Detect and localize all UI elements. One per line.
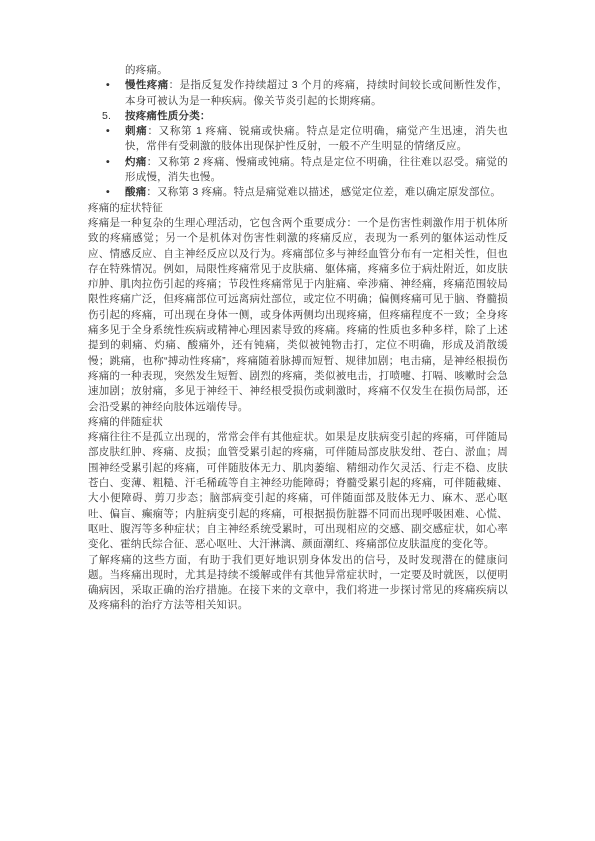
list-item-stabbing-pain: •刺痛：又称第 1 疼痛、锐痛或快痛。特点是定位明确，痛觉产生迅速，消失也快，常… [88, 124, 508, 155]
bullet-icon: • [106, 124, 110, 139]
list-item-term: 按疼痛性质分类： [125, 110, 211, 122]
list-number: 5. [102, 109, 111, 124]
list-item-classification-by-nature: 5.按疼痛性质分类： [88, 109, 508, 124]
list-item-term: 酸痛 [125, 186, 146, 198]
bullet-icon: • [106, 155, 110, 170]
document-page: 的疼痛。 •慢性疼痛：是指反复发作持续超过 3 个月的疼痛，持续时间较长或间断性… [0, 0, 595, 841]
section-heading-symptom-features: 疼痛的症状特征 [88, 201, 508, 216]
bullet-icon: • [106, 185, 110, 200]
list-item-text: ：又称第 3 疼痛。特点是痛觉难以描述，感觉定位差，难以确定原发部位。 [146, 186, 501, 198]
continuation-line: 的疼痛。 [88, 63, 508, 78]
paragraph-closing: 了解疼痛的这些方面，有助于我们更好地识别身体发出的信号，及时发现潜在的健康问题。… [88, 553, 508, 614]
bullet-icon: • [106, 78, 110, 93]
list-item-text: ：是指反复发作持续超过 3 个月的疼痛，持续时间较长或间断性发作，本身可被认为是… [125, 79, 508, 106]
list-item-burning-pain: •灼痛：又称第 2 疼痛、慢痛或钝痛。特点是定位不明确，往往难以忍受。痛觉的形成… [88, 155, 508, 186]
list-item-text: ：又称第 2 疼痛、慢痛或钝痛。特点是定位不明确，往往难以忍受。痛觉的形成慢，消… [125, 156, 508, 183]
list-item-term: 灼痛 [125, 156, 147, 168]
document-content: 的疼痛。 •慢性疼痛：是指反复发作持续超过 3 个月的疼痛，持续时间较长或间断性… [88, 63, 508, 614]
list-item-text: ：又称第 1 疼痛、锐痛或快痛。特点是定位明确，痛觉产生迅速，消失也快，常伴有受… [125, 125, 508, 152]
list-item-aching-pain: •酸痛：又称第 3 疼痛。特点是痛觉难以描述，感觉定位差，难以确定原发部位。 [88, 185, 508, 200]
section-heading-accompanying-symptoms: 疼痛的伴随症状 [88, 415, 508, 430]
list-item-chronic-pain: •慢性疼痛：是指反复发作持续超过 3 个月的疼痛，持续时间较长或间断性发作，本身… [88, 78, 508, 109]
list-item-term: 刺痛 [125, 125, 147, 137]
paragraph-accompanying-symptoms: 疼痛往往不是孤立出现的，常常会伴有其他症状。如果是皮肤病变引起的疼痛，可伴随局部… [88, 430, 508, 552]
paragraph-symptom-features: 疼痛是一种复杂的生理心理活动，它包含两个重要成分：一个是伤害性刺激作用于机体所致… [88, 216, 508, 415]
list-item-term: 慢性疼痛 [125, 79, 169, 91]
